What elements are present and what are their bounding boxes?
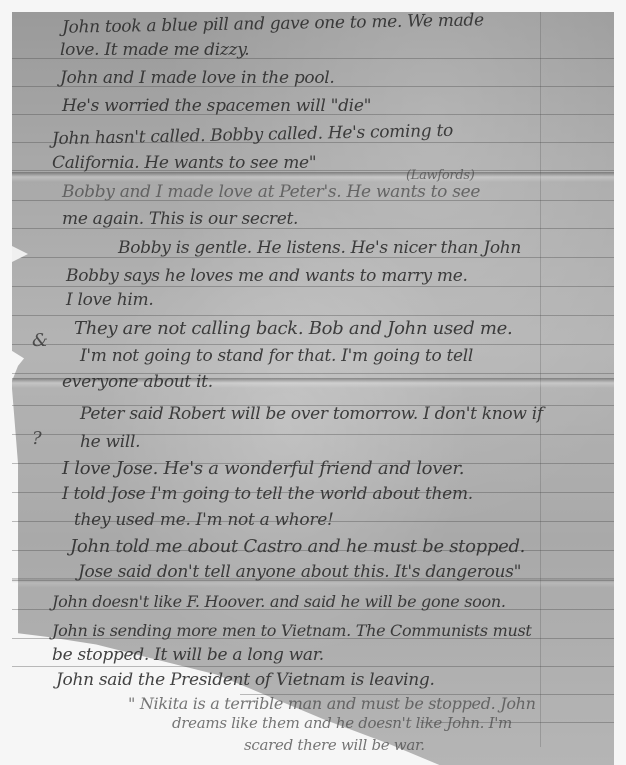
text-line: They are not calling back. Bob and John … [74, 318, 512, 339]
text-line: Jose said don't tell anyone about this. … [78, 562, 521, 582]
text-line: John took a blue pill and gave one to me… [62, 10, 484, 37]
text-line: me again. This is our secret. [62, 209, 298, 229]
handwritten-text: John took a blue pill and gave one to me… [0, 0, 626, 765]
scanned-page: John took a blue pill and gave one to me… [0, 0, 626, 765]
text-line: John is sending more men to Vietnam. The… [52, 621, 532, 640]
text-line: they used me. I'm not a whore! [74, 510, 333, 530]
text-line: John said the President of Vietnam is le… [56, 670, 435, 690]
text-line: I'm not going to stand for that. I'm goi… [80, 346, 473, 366]
text-line: Bobby is gentle. He listens. He's nicer … [118, 238, 521, 258]
text-line: he will. [80, 432, 140, 452]
text-line: John told me about Castro and he must be… [70, 536, 525, 557]
text-line: scared there will be war. [244, 736, 425, 754]
text-line-annotation: (Lawfords) [406, 168, 475, 183]
text-line: be stopped. It will be a long war. [52, 645, 324, 665]
text-line: I told Jose I'm going to tell the world … [62, 484, 473, 504]
text-line: dreams like them and he doesn't like Joh… [172, 714, 512, 732]
margin-mark-ampersand: & [32, 330, 48, 351]
text-line: love. It made me dizzy. [60, 40, 249, 60]
text-line: California. He wants to see me" [52, 153, 316, 173]
text-line: I love Jose. He's a wonderful friend and… [62, 458, 464, 479]
text-line: Bobby and I made love at Peter's. He wan… [62, 182, 480, 202]
text-line: John hasn't called. Bobby called. He's c… [52, 121, 453, 149]
margin-mark-question: ? [32, 428, 42, 449]
text-line: John and I made love in the pool. [60, 68, 335, 88]
text-line: He's worried the spacemen will "die" [62, 96, 371, 116]
text-line: John doesn't like F. Hoover. and said he… [52, 592, 506, 611]
text-line: everyone about it. [62, 372, 213, 392]
text-line: " Nikita is a terrible man and must be s… [128, 694, 536, 713]
text-line: I love him. [66, 290, 153, 310]
text-line: Peter said Robert will be over tomorrow.… [80, 404, 543, 424]
text-line: Bobby says he loves me and wants to marr… [66, 266, 468, 286]
